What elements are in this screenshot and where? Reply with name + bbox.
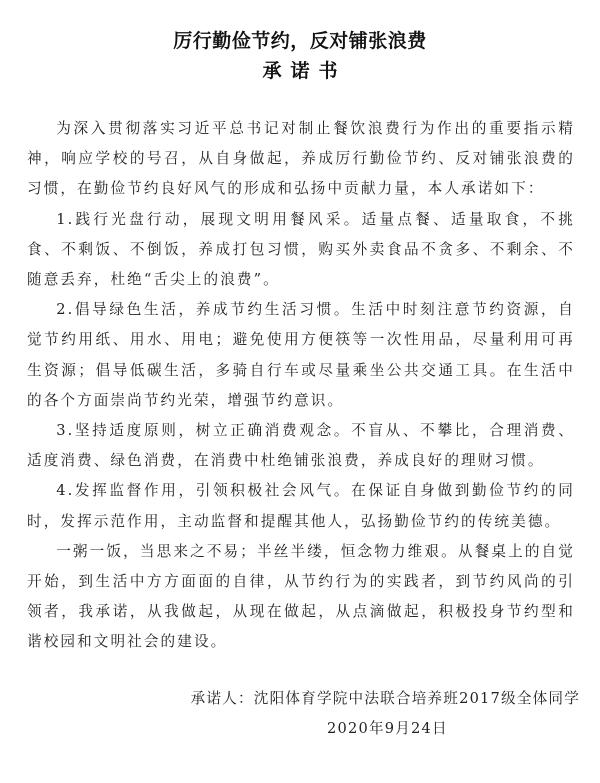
pledge-item-3: 3.坚持适度原则，树立正确消费观念。不盲从、不攀比，合理消费、适度消费、绿色消费… <box>27 416 575 476</box>
document-body: 为深入贯彻落实习近平总书记对制止餐饮浪费行为作出的重要指示精神，响应学校的号召，… <box>27 114 575 658</box>
closing-paragraph: 一粥一饭，当思来之不易；半丝半缕，恒念物力维艰。从餐桌上的自觉开始，到生活中方方… <box>27 537 575 658</box>
pledge-item-4: 4.发挥监督作用，引领积极社会风气。在保证自身做到勤俭节约的同时，发挥示范作用，… <box>27 476 575 536</box>
document-title: 厉行勤俭节约，反对铺张浪费 <box>0 26 600 53</box>
intro-paragraph: 为深入贯彻落实习近平总书记对制止餐饮浪费行为作出的重要指示精神，响应学校的号召，… <box>27 114 575 205</box>
pledge-item-2: 2.倡导绿色生活，养成节约生活习惯。生活中时刻注意节约资源，自觉节约用纸、用水、… <box>27 295 575 416</box>
signatory-line: 承诺人：沈阳体育学院中法联合培养班2017级全体同学 <box>191 687 580 708</box>
document-subtitle: 承诺书 <box>0 56 600 83</box>
signature-date: 2020年9月24日 <box>327 717 448 738</box>
pledge-item-1: 1.践行光盘行动，展现文明用餐风采。适量点餐、适量取食，不挑食、不剩饭、不倒饭，… <box>27 205 575 296</box>
document-page: 厉行勤俭节约，反对铺张浪费 承诺书 为深入贯彻落实习近平总书记对制止餐饮浪费行为… <box>0 0 600 783</box>
